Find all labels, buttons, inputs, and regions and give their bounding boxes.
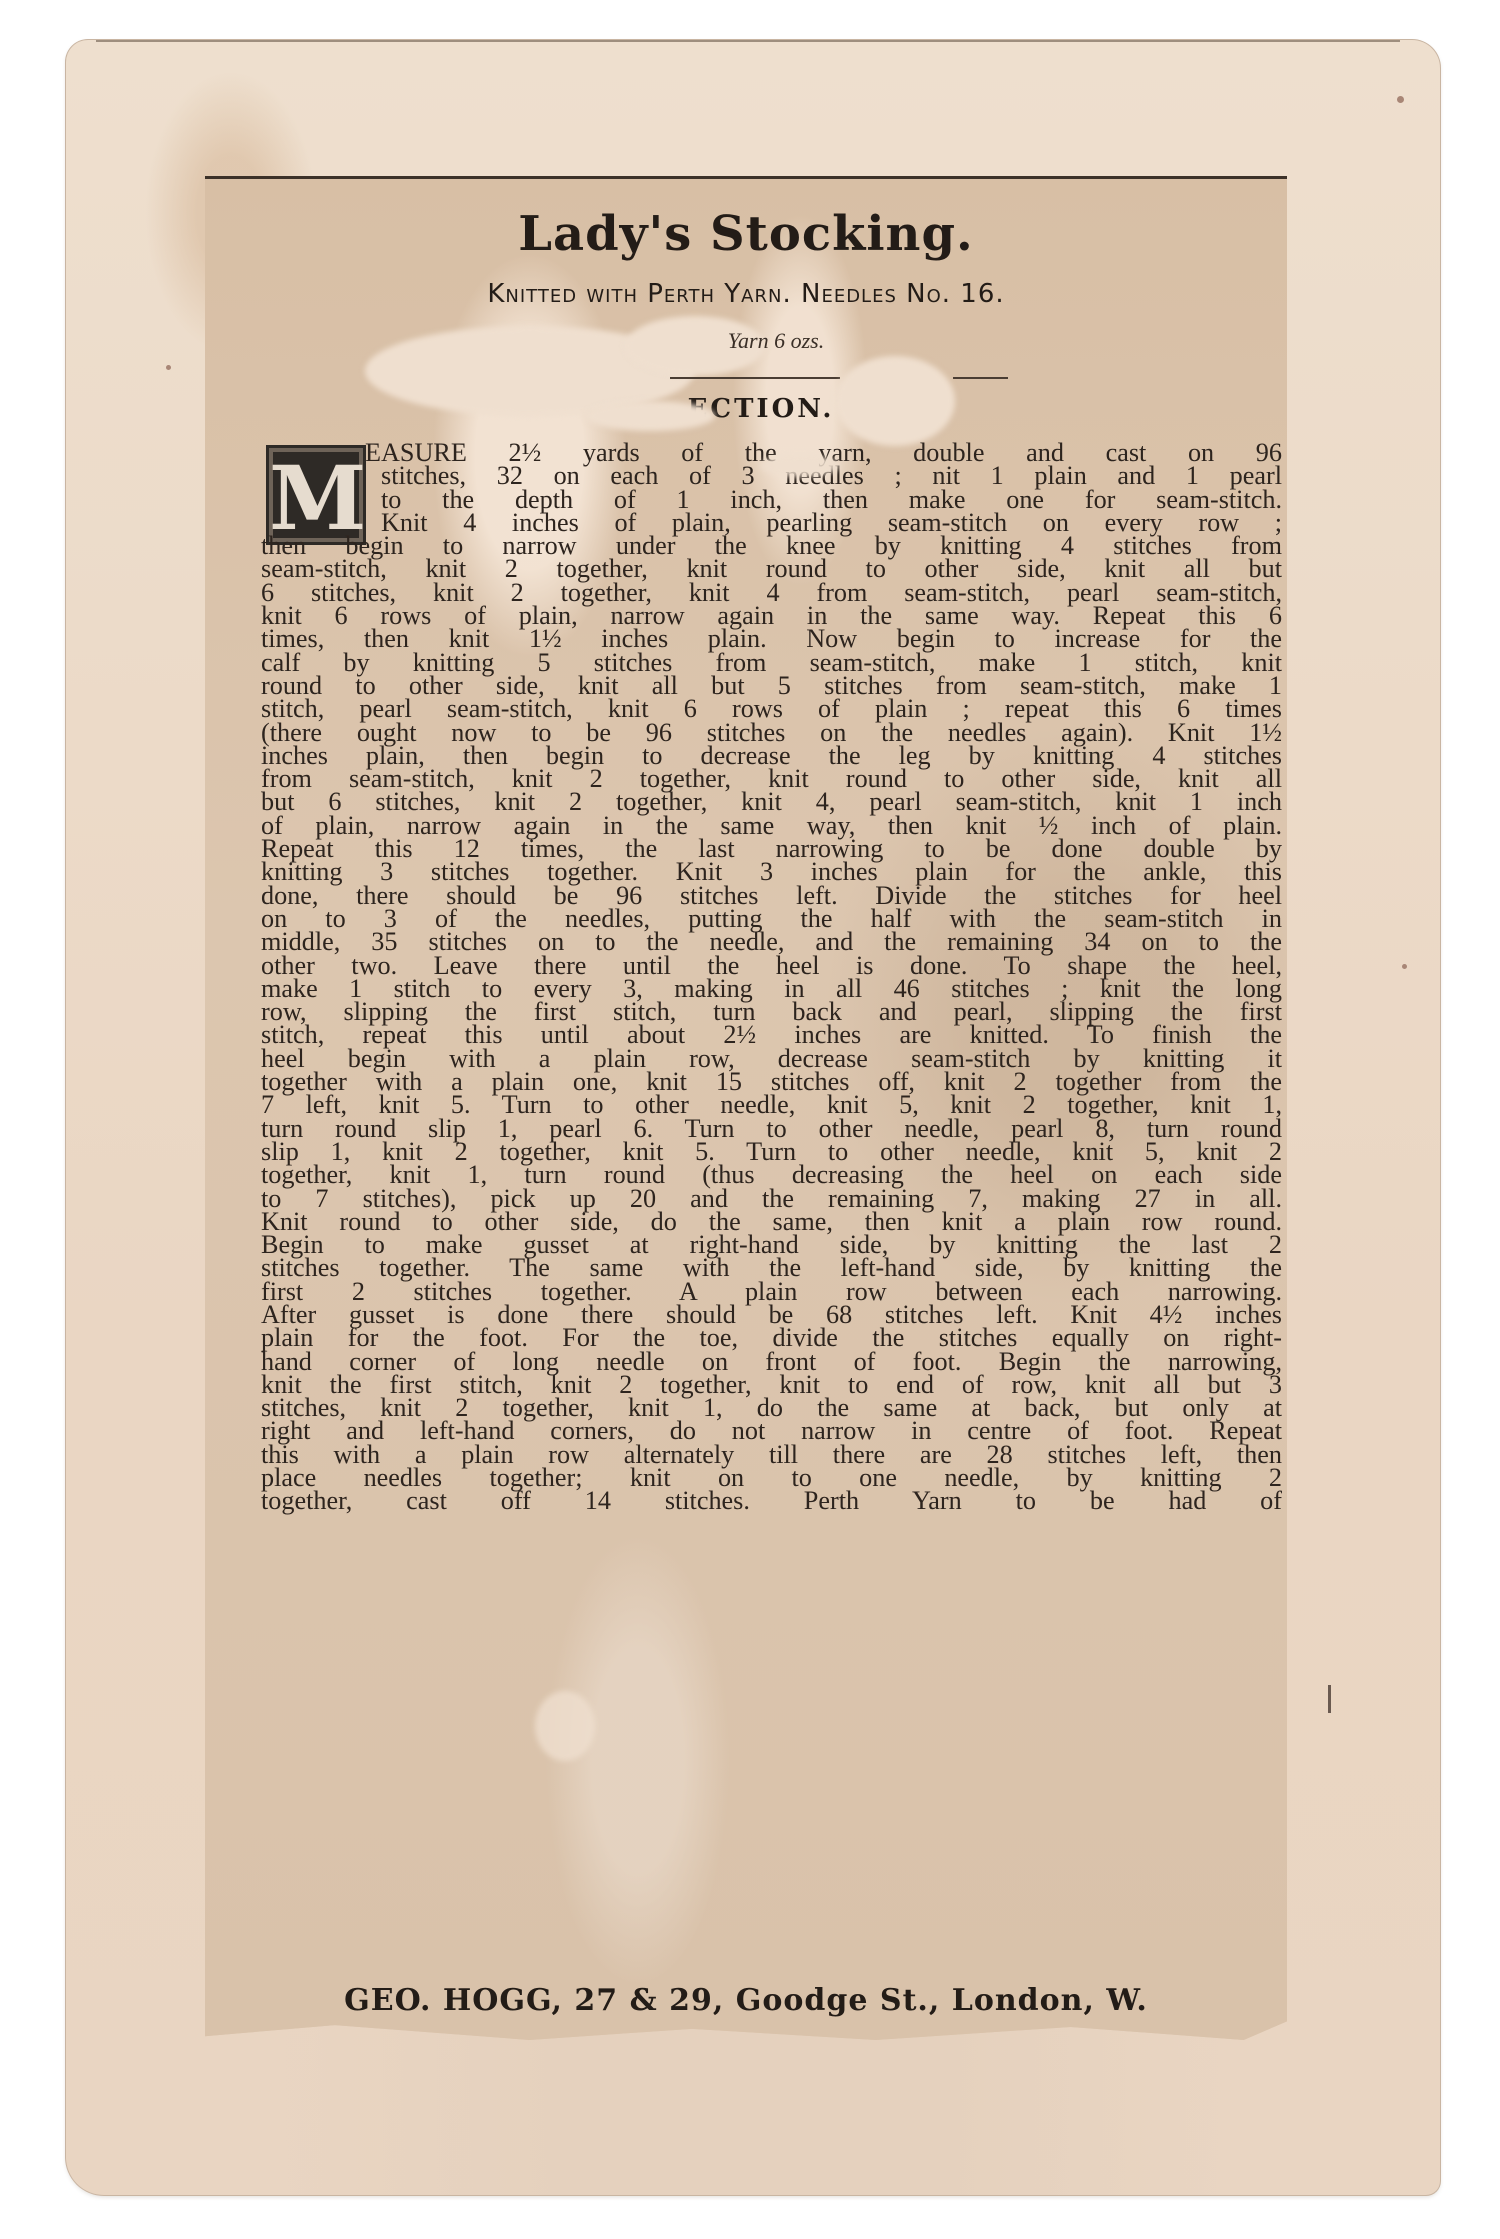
- section-rule: [670, 377, 840, 379]
- newspaper-clipping: Lady's Stocking. Knitted with Perth Yarn…: [205, 176, 1287, 2040]
- instructions-text: EASURE 2½ yards of the yarn, double and …: [261, 441, 1282, 1536]
- paper-damage: [535, 1691, 595, 1761]
- paper-damage: [585, 401, 715, 431]
- text-line: together, cast off 14 stitches. Perth Ya…: [261, 1489, 1282, 1512]
- section-rule: [953, 377, 1008, 379]
- paper-damage: [760, 455, 840, 477]
- top-rule: [199, 176, 1287, 179]
- card-speck: [1397, 96, 1404, 103]
- card-speck: [1402, 964, 1407, 969]
- section-heading: ECTION.: [205, 394, 1287, 424]
- yarn-quantity: Yarn 6 ozs.: [205, 328, 1287, 354]
- card-speck: [166, 365, 171, 370]
- card-top-edge: [96, 40, 1400, 42]
- text-line: together, knit 1, turn round (thus decre…: [261, 1163, 1282, 1186]
- supplier-address: GEO. HOGG, 27 & 29, Goodge St., London, …: [205, 1983, 1287, 2018]
- subtitle: Knitted with Perth Yarn. Needles No. 16.: [205, 279, 1287, 309]
- text-line: [261, 1513, 1282, 1536]
- page-title: Lady's Stocking.: [205, 206, 1287, 262]
- card-pencil-mark: [1328, 1685, 1331, 1713]
